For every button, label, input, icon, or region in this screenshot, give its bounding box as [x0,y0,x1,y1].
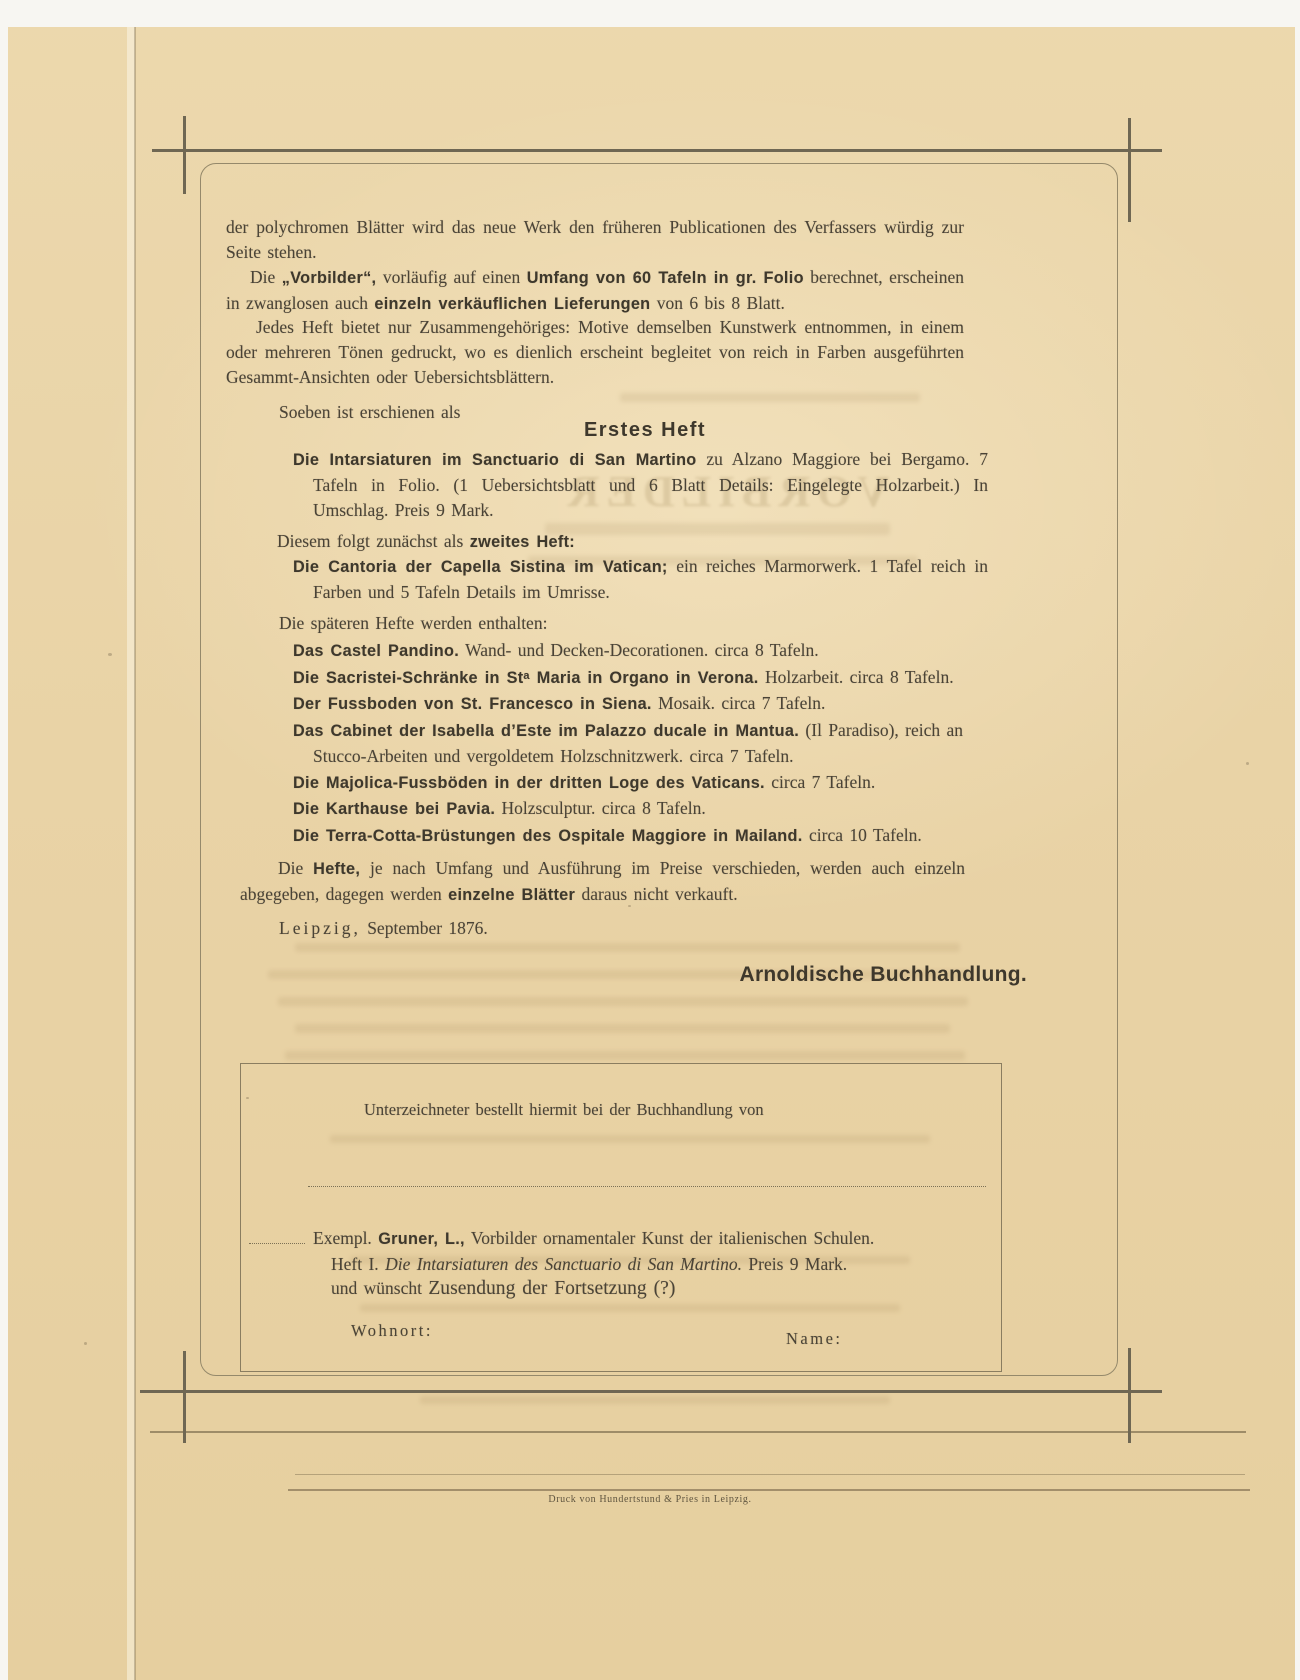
ghost-showthrough-line [420,1396,890,1404]
order-form-order-line: Exempl. Gruner, L., Vorbilder ornamental… [249,1226,989,1252]
crop-mark-bottom-left [183,1351,186,1443]
list-item: Das Castel Pandino. Wand- und Decken-Dec… [293,638,975,665]
order-form-heft-line: Heft I. Die Intarsiaturen des Sanctuario… [331,1252,847,1277]
order-form-box: Unterzeichneter bestellt hiermit bei der… [240,1063,1002,1372]
later-hefte-lead: Die späteren Hefte werden enthalten: [279,611,547,636]
crop-mark-bottom-right [1128,1348,1131,1443]
page-edge-line [134,27,136,1680]
paragraph-continuation: der polychromen Blätter wird das neue We… [226,215,964,265]
scan-margin-right [1295,0,1300,1680]
sheet-edge-line [150,1431,1246,1433]
first-heft-item: Die Intarsiaturen im Sanctuario di San M… [293,447,988,523]
list-item: Das Cabinet der Isabella d’Este im Palaz… [293,718,975,770]
closing-paragraph: Die Hefte, je nach Umfang und Ausführung… [240,856,965,908]
later-hefte-list: Das Castel Pandino. Wand- und Decken-Dec… [293,638,975,849]
wohnort-label: Wohnort: [351,1318,433,1343]
crop-mark-top [152,149,1162,152]
crop-mark-top-left [183,116,186,194]
publisher-signature: Arnoldische Buchhandlung. [700,963,1027,987]
list-item: Die Sacristei-Schränke in Stᵃ Maria in O… [293,665,975,692]
sheet-edge-line [295,1474,1245,1475]
printer-imprint: Druck von Hundertstund & Pries in Leipzi… [400,1494,900,1505]
name-label: Name: [786,1326,842,1351]
list-item: Die Karthause bei Pavia. Holzsculptur. c… [293,796,975,823]
second-heft-lead: Diesem folgt zunächst als zweites Heft: [277,529,575,555]
order-form-intro: Unterzeichneter bestellt hiermit bei der… [364,1097,764,1122]
first-heft-heading: Erstes Heft [225,419,1065,442]
paper-speck [84,1342,87,1345]
order-line-text: Exempl. Gruner, L., Vorbilder ornamental… [313,1228,874,1248]
list-item: Der Fussboden von St. Francesco in Siena… [293,691,975,718]
order-form-wish-line: und wünscht Zusendung der Fortsetzung (?… [331,1276,675,1301]
order-form-blank-line [308,1186,986,1187]
second-heft-item: Die Cantoria der Capella Sistina im Vati… [293,554,988,605]
paper-speck [1246,762,1249,765]
paper-speck [108,653,112,656]
scan-margin-left [0,0,8,1680]
paragraph-vorbilder: Die „Vorbilder“, vorläufig auf einen Umf… [226,265,964,317]
scanned-page: VORBILDER der polychromen Blätter wird d… [0,0,1300,1680]
list-item: Die Majolica-Fussböden in der dritten Lo… [293,770,975,797]
crop-mark-top-right [1128,118,1131,222]
crop-mark-bottom [140,1390,1162,1393]
list-item: Die Terra-Cotta-Brüstungen des Ospitale … [293,823,975,850]
paragraph-jedes-heft: Jedes Heft bietet nur Zusammengehöriges:… [226,315,964,390]
dateline: Leipzig, September 1876. [279,916,488,941]
dotted-leader [249,1229,305,1244]
sheet-edge-line [288,1489,1250,1491]
scan-margin-top [0,0,1300,27]
